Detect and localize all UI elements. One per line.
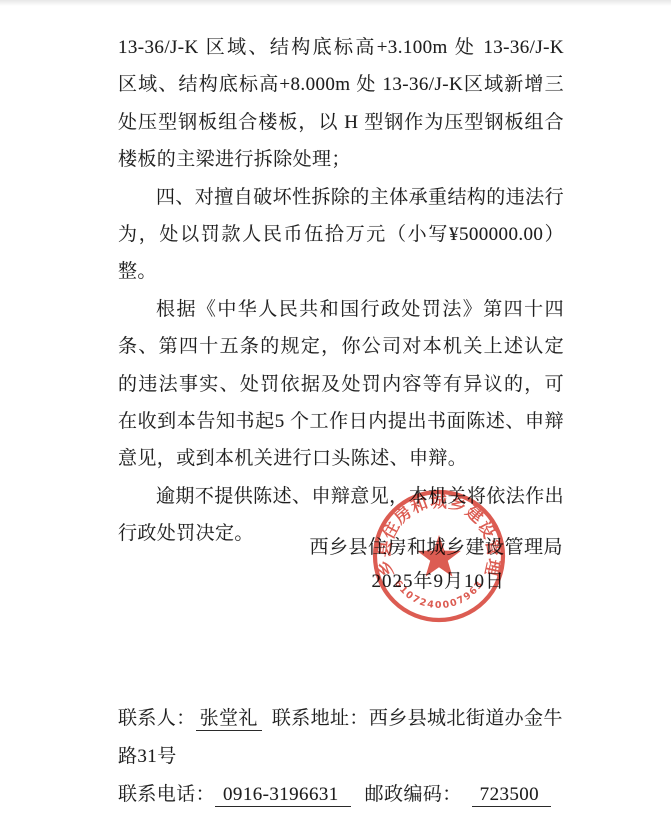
contact-block: 联系人：张堂礼联系地址：西乡县城北街道办金牛路31号 联系电话：0916-319…	[118, 700, 578, 814]
contact-address-label: 联系地址：	[272, 708, 369, 729]
contact-phone-label: 联系电话：	[118, 784, 215, 805]
document-page: 13-36/J-K 区域、结构底标高+3.100m 处 13-36/J-K 区域…	[0, 0, 671, 822]
contact-line-phone-postcode: 联系电话：0916-3196631邮政编码：723500	[118, 776, 578, 814]
contact-person-value: 张堂礼	[196, 708, 262, 731]
issuing-agency-name: 西乡县住房和城乡建设管理局	[309, 531, 563, 565]
paragraph-legal-basis: 根据《中华人民共和国行政处罚法》第四十四条、第四十五条的规定，你公司对本机关上述…	[118, 291, 564, 478]
contact-person-label: 联系人：	[118, 708, 196, 729]
contact-postcode-value: 723500	[472, 784, 551, 807]
paragraph-demolition-detail: 13-36/J-K 区域、结构底标高+3.100m 处 13-36/J-K 区域…	[118, 29, 564, 179]
signature-block: 西乡县住房和城乡建设管理局 2025年9月10日	[309, 531, 563, 599]
issue-date: 2025年9月10日	[309, 565, 563, 599]
contact-postcode-label: 邮政编码：	[365, 784, 462, 805]
document-body: 13-36/J-K 区域、结构底标高+3.100m 处 13-36/J-K 区域…	[118, 29, 564, 553]
contact-phone-value: 0916-3196631	[215, 784, 351, 807]
paragraph-penalty-item-four: 四、对擅自破坏性拆除的主体承重结构的违法行为，处以罚款人民币伍拾万元（小写¥50…	[118, 179, 564, 291]
contact-line-person-address: 联系人：张堂礼联系地址：西乡县城北街道办金牛路31号	[118, 700, 578, 776]
